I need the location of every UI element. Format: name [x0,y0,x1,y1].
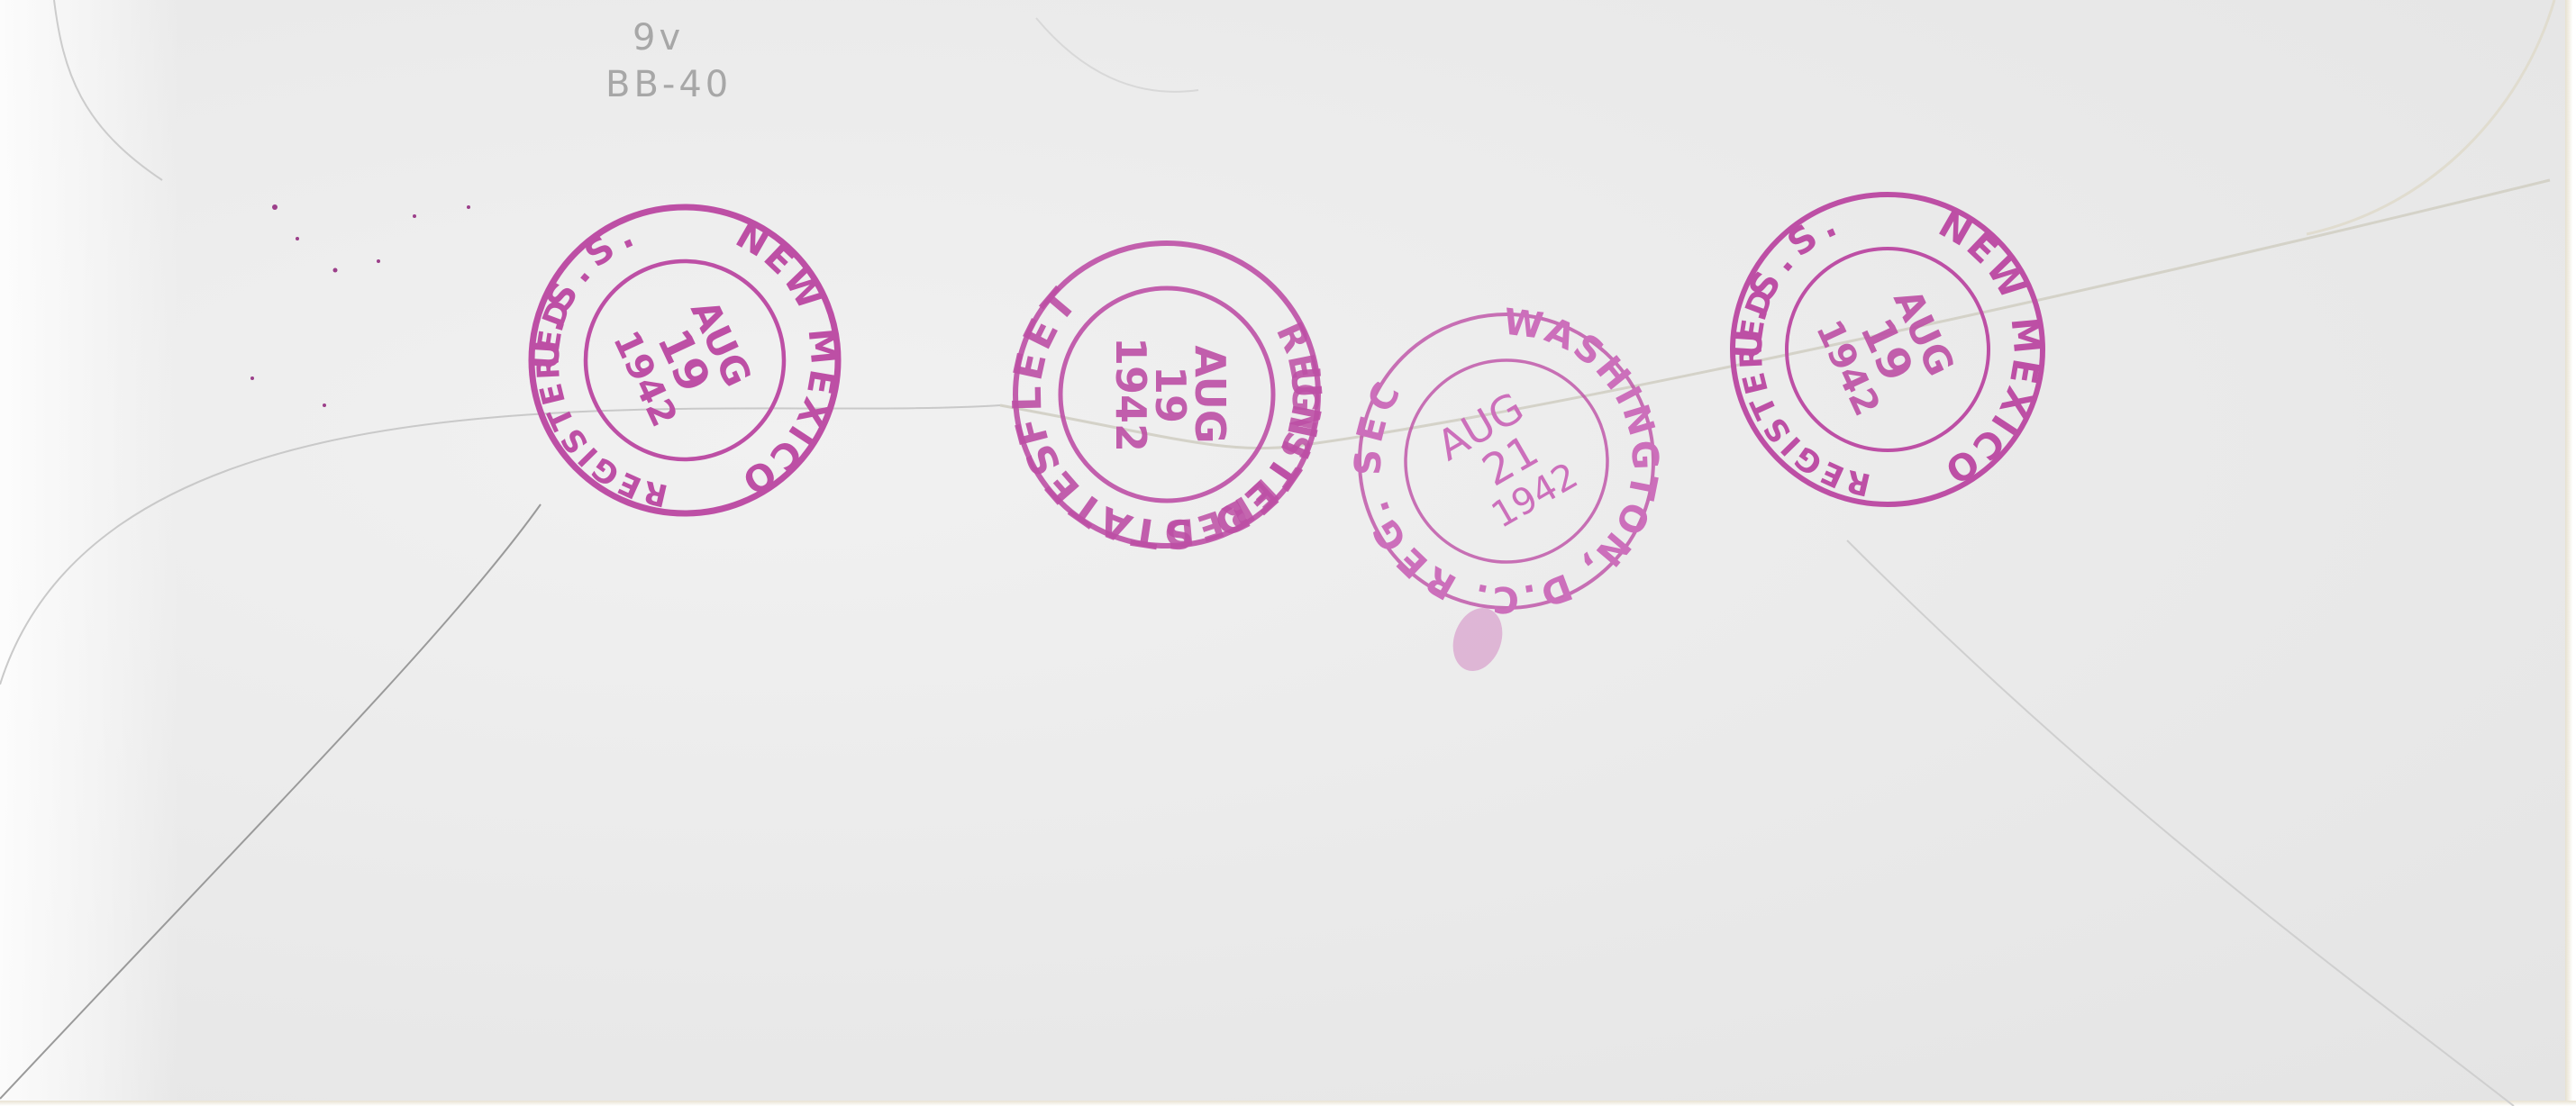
ink-specks [250,204,470,407]
flap-seams [0,0,2554,1106]
postmark-uss-new-mexico: NEW MEXICO U.S.S. REGISTERED AUG 19 1942 [479,195,900,519]
postmark-uss-new-mexico: NEW MEXICO U.S.S. REGISTERED AUG 19 1942 [1682,184,2103,508]
postmark-bottom-text: FLEET [1005,278,1088,450]
postmark-united-states-fleet: UNITED STATES REGISTERED FLEET AUG 19 19… [1002,243,1370,623]
svg-text:FLEET: FLEET [1005,278,1088,450]
postmark-year: 1942 [1106,337,1155,452]
postmark-washington-dc: WASHINGTON, D.C. REG. SEC. AUG 21 1942 [1283,266,1711,641]
envelope-artwork: NEW MEXICO U.S.S. REGISTERED AUG 19 1942… [0,0,2576,1106]
